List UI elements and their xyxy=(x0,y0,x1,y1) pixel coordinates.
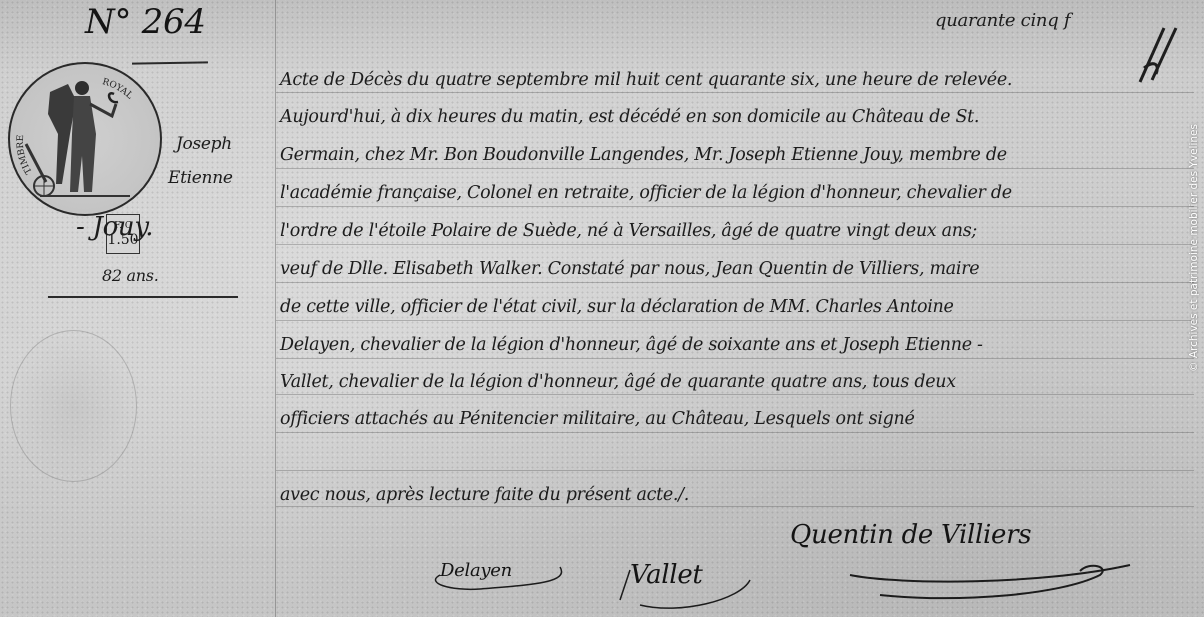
witness-1-flourish-icon xyxy=(420,555,580,605)
ruled-line xyxy=(276,394,1194,395)
ruled-line xyxy=(276,470,1194,471)
signature-mayor: Quentin de Villiers xyxy=(790,520,1031,550)
svg-text:ROYAL: ROYAL xyxy=(101,77,134,101)
body-line-6: veuf de Dlle. Elisabeth Walker. Constaté… xyxy=(280,259,979,279)
ruled-line xyxy=(276,506,1194,507)
body-line-8: Delayen, chevalier de la légion d'honneu… xyxy=(280,335,983,355)
body-line-5: l'ordre de l'étoile Polaire de Suède, né… xyxy=(280,221,977,241)
margin-given-name-2: Etienne xyxy=(168,168,233,188)
ruled-line xyxy=(276,432,1194,433)
margin-separator xyxy=(48,296,238,298)
body-line-2: Aujourd'hui, à dix heures du matin, est … xyxy=(280,107,979,127)
stamp-label-right: ROYAL xyxy=(101,77,134,101)
body-line-11: avec nous, après lecture faite du présen… xyxy=(280,485,689,505)
body-line-4: l'académie française, Colonel en retrait… xyxy=(280,183,1012,203)
ruled-line xyxy=(276,358,1194,359)
ruled-line xyxy=(276,244,1194,245)
body-line-3: Germain, chez Mr. Bon Boudonville Langen… xyxy=(280,145,1007,165)
paraph-mark-icon xyxy=(1130,20,1190,90)
witness-2-flourish-icon xyxy=(600,560,780,617)
body-line-9: Vallet, chevalier de la légion d'honneur… xyxy=(280,372,956,392)
embossed-seal xyxy=(10,330,137,482)
margin-given-name-1: Joseph xyxy=(176,134,232,154)
ruled-line xyxy=(276,168,1194,169)
ruled-line xyxy=(276,92,1194,93)
royal-tax-stamp: TIMBRE ROYAL F. C 1.50 xyxy=(8,62,162,216)
ruled-line xyxy=(276,206,1194,207)
ruled-line xyxy=(276,282,1194,283)
margin-surname: - Jouy. xyxy=(76,212,153,242)
stamp-figure-icon: TIMBRE ROYAL xyxy=(10,64,160,214)
entry-number: N° 264 xyxy=(85,2,206,42)
fee-note: quarante cinq f xyxy=(935,10,1070,31)
mayor-flourish-icon xyxy=(840,555,1140,605)
body-line-7: de cette ville, officier de l'état civil… xyxy=(280,297,954,317)
body-line-1: Acte de Décès du quatre septembre mil hu… xyxy=(280,70,1012,90)
ruled-line xyxy=(276,320,1194,321)
copyright-watermark: © Archives et patrimoine mobilier des Yv… xyxy=(1188,124,1200,372)
document-page: N° 264 TIMBRE ROYAL F. C 1.50 xyxy=(0,0,1204,617)
body-line-10: officiers attachés au Pénitencier milita… xyxy=(280,409,915,429)
margin-age: 82 ans. xyxy=(102,266,159,285)
